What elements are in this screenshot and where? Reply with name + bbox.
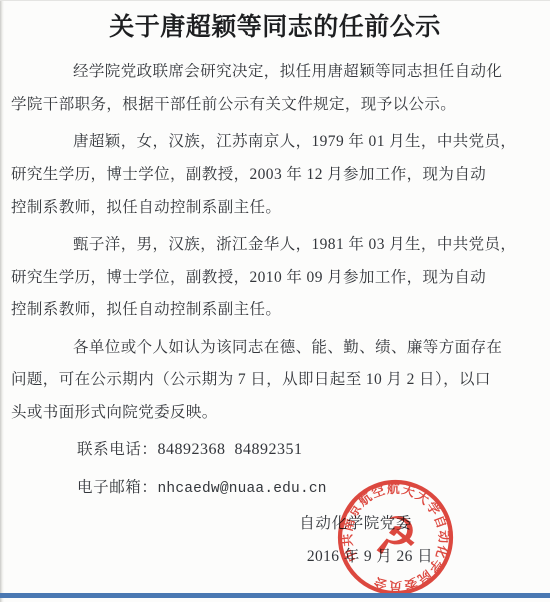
body-line: 研究生学历，博士学位，副教授，2003 年 12 月参加工作，现为自动 (11, 159, 540, 192)
body-line: 控制系教师，拟任自动控制系副主任。 (11, 192, 540, 225)
body-line: 甄子洋，男，汉族，浙江金华人，1981 年 03 月生，中共党员， (11, 229, 540, 262)
signature-line: 自动化学院党委 (299, 507, 412, 540)
bottom-divider-rule (0, 593, 550, 598)
contact-paragraph: 联系电话：84892368 84892351 (11, 434, 540, 467)
email-value: nhcaedw@nuaa.edu.cn (158, 481, 327, 497)
page-left-edge-shadow (0, 1, 4, 602)
body-line: 各单位或个人如认为该同志在德、能、勤、绩、廉等方面存在 (11, 332, 540, 365)
contact-label: 电子邮箱： (77, 479, 158, 496)
document-title: 关于唐超颖等同志的任前公示 (0, 9, 550, 47)
contact-line: 电子邮箱：nhcaedw@nuaa.edu.cn (11, 472, 540, 505)
body-line: 经学院党政联席会研究决定，拟任用唐超颖等同志担任自动化 (11, 56, 540, 89)
body-paragraph: 甄子洋，男，汉族，浙江金华人，1981 年 03 月生，中共党员，研究生学历，博… (11, 229, 540, 327)
body-paragraph: 唐超颖，女，汉族，江苏南京人，1979 年 01 月生，中共党员，研究生学历，博… (11, 126, 540, 224)
notice-document-page: 关于唐超颖等同志的任前公示 经学院党政联席会研究决定，拟任用唐超颖等同志担任自动… (0, 0, 550, 602)
body-line: 研究生学历，博士学位，副教授，2010 年 09 月参加工作，现为自动 (11, 262, 540, 295)
body-line: 头或书面形式向院党委反映。 (11, 397, 540, 430)
body-line: 学院干部职务，根据干部任前公示有关文件规定，现予以公示。 (11, 89, 540, 122)
body-line: 唐超颖，女，汉族，江苏南京人，1979 年 01 月生，中共党员， (11, 126, 540, 159)
body-line: 问题，可在公示期内（公示期为 7 日，从即日起至 10 月 2 日），以口 (11, 364, 540, 397)
body-paragraph: 各单位或个人如认为该同志在德、能、勤、绩、廉等方面存在问题，可在公示期内（公示期… (11, 332, 540, 430)
date-line: 2016 年 9 月 26 日 (307, 540, 433, 573)
body-paragraph: 经学院党政联席会研究决定，拟任用唐超颖等同志担任自动化学院干部职务，根据干部任前… (11, 56, 540, 122)
contact-line: 联系电话：84892368 84892351 (11, 434, 540, 467)
contact-paragraph: 电子邮箱：nhcaedw@nuaa.edu.cn (11, 472, 540, 505)
contact-label: 联系电话： (77, 441, 158, 458)
document-body: 经学院党政联席会研究决定，拟任用唐超颖等同志担任自动化学院干部职务，根据干部任前… (11, 56, 540, 504)
phone-value: 84892368 84892351 (158, 441, 303, 458)
body-line: 控制系教师，拟任自动控制系副主任。 (11, 294, 540, 327)
